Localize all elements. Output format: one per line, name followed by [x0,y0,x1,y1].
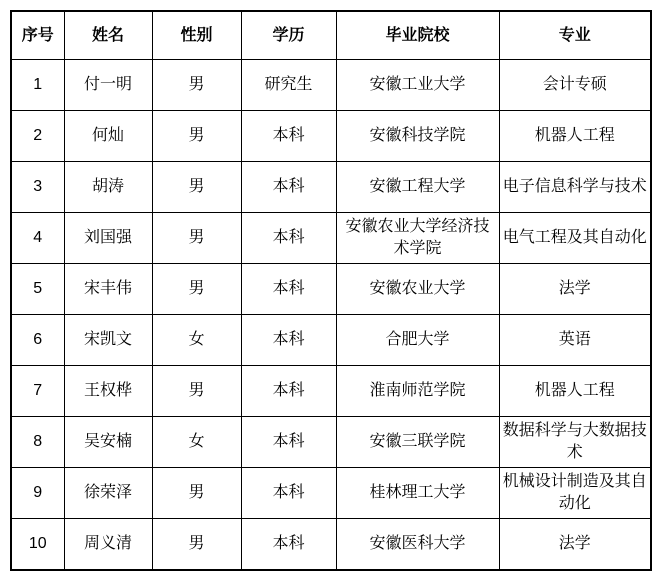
cell-index: 1 [11,60,64,111]
cell-index: 6 [11,315,64,366]
column-header-major: 专业 [499,11,651,60]
table-body: 1 付一明 男 研究生 安徽工业大学 会计专硕 2 何灿 男 本科 安徽科技学院… [11,60,651,571]
cell-index: 3 [11,162,64,213]
cell-major: 法学 [499,519,651,571]
cell-education: 本科 [241,366,336,417]
cell-index: 10 [11,519,64,571]
cell-school: 安徽医科大学 [336,519,499,571]
cell-gender: 男 [152,213,241,264]
table-row: 6 宋凯文 女 本科 合肥大学 英语 [11,315,651,366]
cell-major: 英语 [499,315,651,366]
cell-gender: 男 [152,111,241,162]
cell-gender: 男 [152,264,241,315]
table-row: 3 胡涛 男 本科 安徽工程大学 电子信息科学与技术 [11,162,651,213]
table-row: 1 付一明 男 研究生 安徽工业大学 会计专硕 [11,60,651,111]
column-header-school: 毕业院校 [336,11,499,60]
cell-school: 安徽三联学院 [336,417,499,468]
cell-name: 刘国强 [64,213,152,264]
cell-school: 安徽农业大学 [336,264,499,315]
cell-gender: 男 [152,366,241,417]
cell-name: 吴安楠 [64,417,152,468]
table-row: 2 何灿 男 本科 安徽科技学院 机器人工程 [11,111,651,162]
graduates-table: 序号 姓名 性别 学历 毕业院校 专业 1 付一明 男 研究生 安徽工业大学 会… [10,10,652,571]
cell-education: 本科 [241,315,336,366]
cell-gender: 女 [152,417,241,468]
cell-name: 周义清 [64,519,152,571]
cell-name: 王权桦 [64,366,152,417]
cell-name: 宋丰伟 [64,264,152,315]
cell-school: 桂林理工大学 [336,468,499,519]
cell-major: 机器人工程 [499,111,651,162]
table-row: 10 周义清 男 本科 安徽医科大学 法学 [11,519,651,571]
cell-gender: 男 [152,468,241,519]
cell-education: 本科 [241,417,336,468]
cell-index: 9 [11,468,64,519]
cell-name: 宋凯文 [64,315,152,366]
cell-name: 何灿 [64,111,152,162]
graduates-table-container: 序号 姓名 性别 学历 毕业院校 专业 1 付一明 男 研究生 安徽工业大学 会… [10,10,652,571]
cell-index: 4 [11,213,64,264]
cell-index: 8 [11,417,64,468]
cell-name: 徐荣泽 [64,468,152,519]
cell-school: 安徽农业大学经济技术学院 [336,213,499,264]
cell-school: 安徽工业大学 [336,60,499,111]
cell-education: 本科 [241,213,336,264]
column-header-name: 姓名 [64,11,152,60]
cell-gender: 男 [152,60,241,111]
cell-education: 本科 [241,111,336,162]
column-header-index: 序号 [11,11,64,60]
cell-education: 本科 [241,162,336,213]
cell-index: 7 [11,366,64,417]
cell-education: 本科 [241,264,336,315]
cell-education: 研究生 [241,60,336,111]
cell-major: 数据科学与大数据技术 [499,417,651,468]
table-row: 8 吴安楠 女 本科 安徽三联学院 数据科学与大数据技术 [11,417,651,468]
cell-education: 本科 [241,468,336,519]
cell-gender: 男 [152,162,241,213]
cell-gender: 女 [152,315,241,366]
cell-name: 付一明 [64,60,152,111]
cell-major: 电子信息科学与技术 [499,162,651,213]
cell-index: 2 [11,111,64,162]
cell-education: 本科 [241,519,336,571]
cell-school: 合肥大学 [336,315,499,366]
column-header-education: 学历 [241,11,336,60]
cell-index: 5 [11,264,64,315]
cell-major: 机械设计制造及其自动化 [499,468,651,519]
column-header-gender: 性别 [152,11,241,60]
table-header: 序号 姓名 性别 学历 毕业院校 专业 [11,11,651,60]
table-row: 9 徐荣泽 男 本科 桂林理工大学 机械设计制造及其自动化 [11,468,651,519]
cell-gender: 男 [152,519,241,571]
table-row: 5 宋丰伟 男 本科 安徽农业大学 法学 [11,264,651,315]
cell-school: 安徽工程大学 [336,162,499,213]
cell-major: 机器人工程 [499,366,651,417]
cell-name: 胡涛 [64,162,152,213]
header-row: 序号 姓名 性别 学历 毕业院校 专业 [11,11,651,60]
cell-major: 电气工程及其自动化 [499,213,651,264]
cell-major: 会计专硕 [499,60,651,111]
cell-school: 淮南师范学院 [336,366,499,417]
cell-major: 法学 [499,264,651,315]
cell-school: 安徽科技学院 [336,111,499,162]
table-row: 7 王权桦 男 本科 淮南师范学院 机器人工程 [11,366,651,417]
table-row: 4 刘国强 男 本科 安徽农业大学经济技术学院 电气工程及其自动化 [11,213,651,264]
